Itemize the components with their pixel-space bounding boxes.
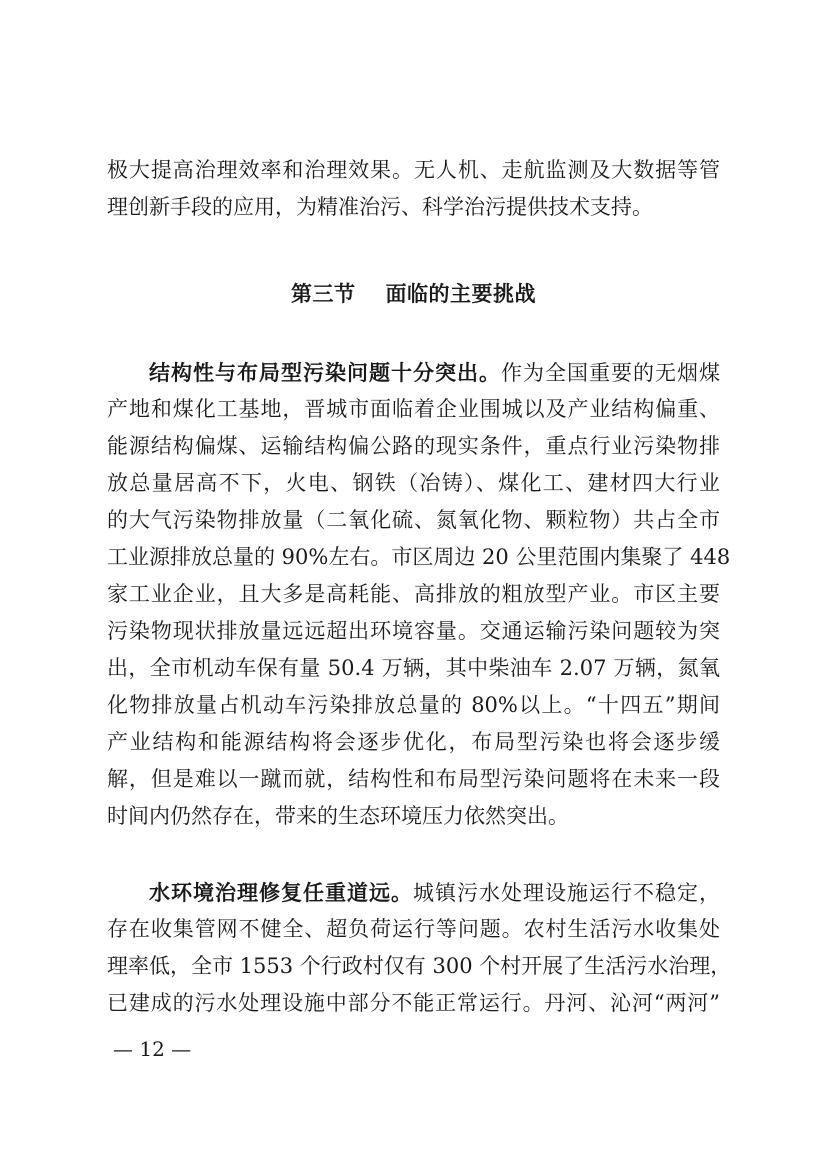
paragraph-1-line: 产地和煤化工基地，晋城市面临着企业围城以及产业结构偏重、 (107, 391, 720, 428)
intro-line-1: 极大提高治理效率和治理效果。无人机、走航监测及大数据等管 (107, 152, 720, 189)
section-title: 面临的主要挑战 (386, 281, 537, 306)
document-page: 极大提高治理效率和治理效果。无人机、走航监测及大数据等管 理创新手段的应用，为精… (0, 0, 827, 1169)
section-number: 第三节 (291, 281, 356, 306)
paragraph-1-line: 化物排放量占机动车污染排放总量的 80%以上。“十四五”期间 (107, 687, 720, 724)
paragraph-1-lead-rest: 作为全国重要的无烟煤 (501, 361, 720, 385)
intro-line-2: 理创新手段的应用，为精准治污、科学治污提供技术支持。 (107, 189, 720, 226)
section-heading: 第三节面临的主要挑战 (0, 276, 827, 312)
paragraph-2-line: 理率低，全市 1553 个行政村仅有 300 个村开展了生活污水治理， (107, 948, 720, 985)
page-number: — 12 — (113, 1034, 191, 1064)
paragraph-1-line: 工业源排放总量的 90%左右。市区周边 20 公里范围内集聚了 448 (107, 539, 720, 576)
paragraph-1-line: 的大气污染物排放量（二氧化硫、氮氧化物、颗粒物）共占全市 (107, 502, 720, 539)
paragraph-1-line: 能源结构偏煤、运输结构偏公路的现实条件，重点行业污染物排 (107, 428, 720, 465)
paragraph-1-line-1: 结构性与布局型污染问题十分突出。作为全国重要的无烟煤 (149, 354, 720, 391)
paragraph-2-lead: 水环境治理修复任重道远。 (149, 880, 413, 905)
paragraph-2-lead-rest: 城镇污水处理设施运行不稳定， (413, 881, 720, 905)
paragraph-1-line: 解，但是难以一蹴而就，结构性和布局型污染问题将在未来一段 (107, 761, 720, 798)
paragraph-1-line: 家工业企业，且大多是高耗能、高排放的粗放型产业。市区主要 (107, 576, 720, 613)
paragraph-1-lead: 结构性与布局型污染问题十分突出。 (149, 360, 501, 385)
paragraph-1-line: 放总量居高不下，火电、钢铁（冶铸）、煤化工、建材四大行业 (107, 465, 720, 502)
paragraph-1-line: 时间内仍然存在，带来的生态环境压力依然突出。 (107, 798, 720, 835)
paragraph-1-line: 产业结构和能源结构将会逐步优化，布局型污染也将会逐步缓 (107, 724, 720, 761)
paragraph-2-line: 已建成的污水处理设施中部分不能正常运行。丹河、沁河“两河” (107, 985, 720, 1022)
paragraph-2-line: 存在收集管网不健全、超负荷运行等问题。农村生活污水收集处 (107, 911, 720, 948)
paragraph-1-line: 污染物现状排放量远远超出环境容量。交通运输污染问题较为突 (107, 613, 720, 650)
paragraph-1-line: 出，全市机动车保有量 50.4 万辆，其中柴油车 2.07 万辆，氮氧 (107, 650, 720, 687)
paragraph-2-line-1: 水环境治理修复任重道远。城镇污水处理设施运行不稳定， (149, 874, 720, 911)
